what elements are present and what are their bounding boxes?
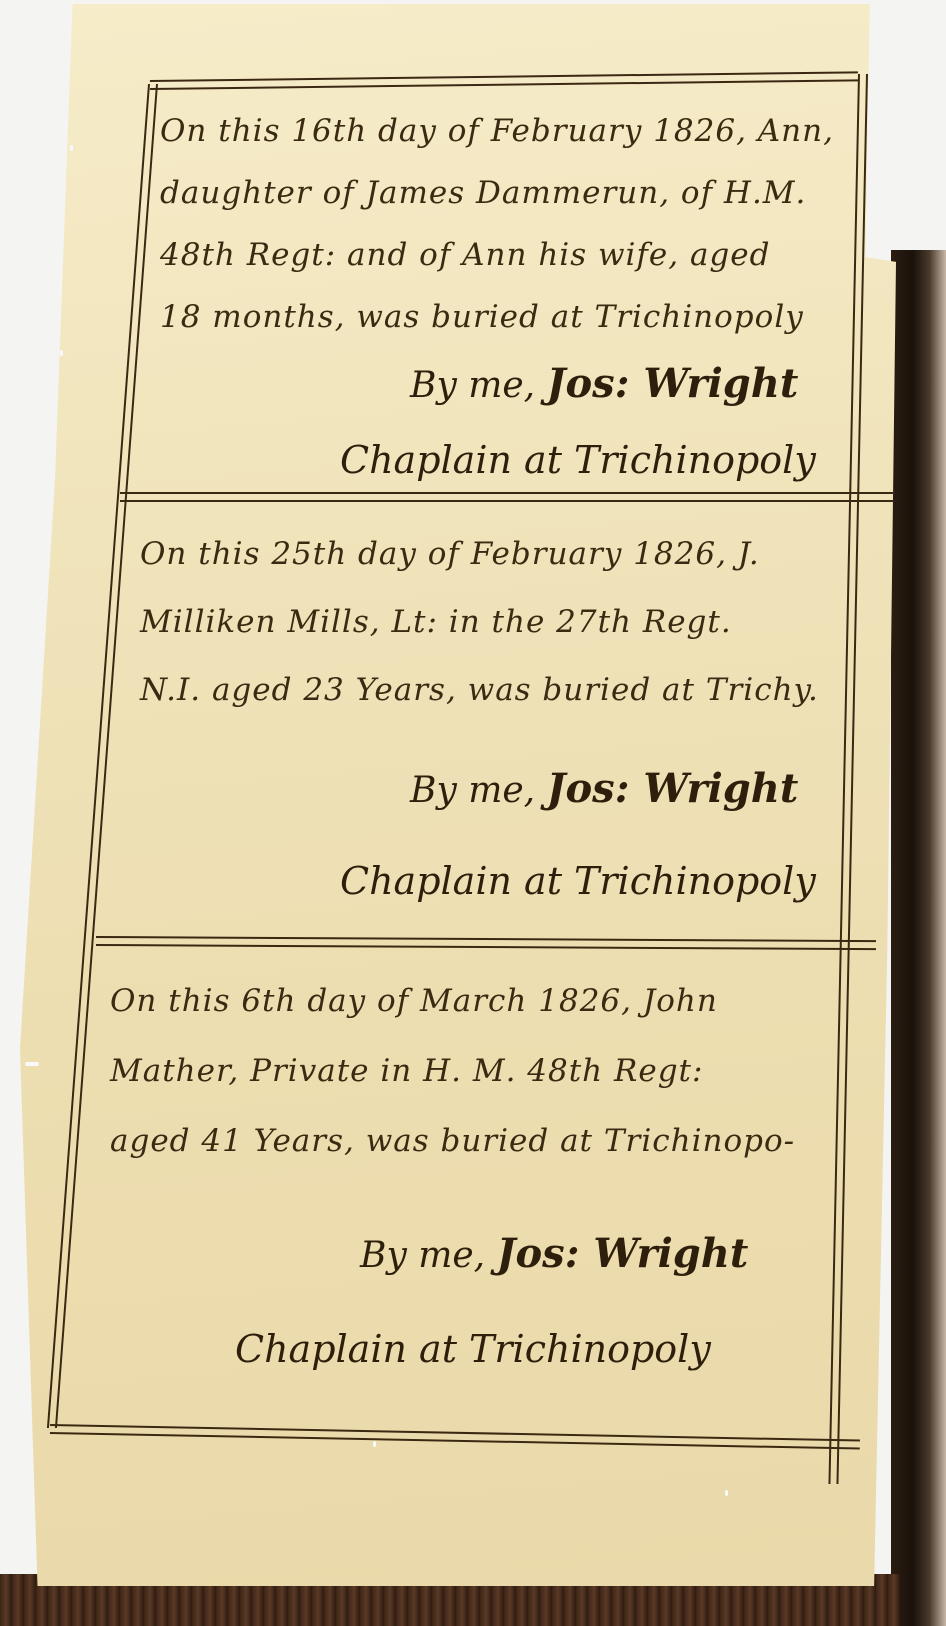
entry-1-line-4: 18 months, was buried at Trichinopoly [160, 286, 860, 348]
entry-2-signature: Jos: Wright [547, 765, 799, 812]
entry-1-line-2: daughter of James Dammerun, of H.M. [160, 162, 860, 224]
entry-1-line-1: On this 16th day of February 1826, Ann, [160, 100, 860, 162]
entry-2-by-me: By me, [410, 770, 535, 811]
entry-3-line-1: On this 6th day of March 1826, John [110, 966, 880, 1036]
paper-speck [725, 1490, 728, 1496]
burial-entry-3: On this 6th day of March 1826, John Math… [110, 966, 880, 1394]
paper-speck [70, 145, 73, 151]
entry-3-line-2: Mather, Private in H. M. 48th Regt: [110, 1036, 880, 1106]
entry-2-line-3: N.I. aged 23 Years, was buried at Trichy… [140, 656, 890, 724]
entry-2-line-2: Milliken Mills, Lt: in the 27th Regt. [140, 588, 890, 656]
entry-2-line-1: On this 25th day of February 1826, J. [140, 520, 890, 588]
entry-1-line-3: 48th Regt: and of Ann his wife, aged [160, 224, 860, 286]
entry-3-signature: Jos: Wright [497, 1230, 749, 1277]
entry-3-chaplain-title: Chaplain at Trichinopoly [110, 1304, 880, 1394]
entry-1-by-me: By me, [410, 365, 535, 406]
paper-speck [60, 350, 63, 356]
paper-speck [373, 1441, 376, 1447]
entry-2-signature-line: By me, Jos: Wright [140, 744, 890, 836]
paper-speck [25, 1062, 39, 1066]
entry-1-chaplain-title: Chaplain at Trichinopoly [160, 422, 860, 498]
burial-entry-1: On this 16th day of February 1826, Ann, … [160, 100, 860, 498]
entry-3-signature-line: By me, Jos: Wright [110, 1206, 880, 1304]
entry-3-by-me: By me, [360, 1235, 485, 1276]
entry-2-chaplain-title: Chaplain at Trichinopoly [140, 836, 890, 926]
burial-entry-2: On this 25th day of February 1826, J. Mi… [140, 520, 890, 926]
entry-1-signature-line: By me, Jos: Wright [160, 348, 860, 422]
binding-right-edge [891, 250, 946, 1626]
entry-1-signature: Jos: Wright [547, 360, 799, 407]
entry-3-line-3: aged 41 Years, was buried at Trichinopo- [110, 1106, 880, 1176]
